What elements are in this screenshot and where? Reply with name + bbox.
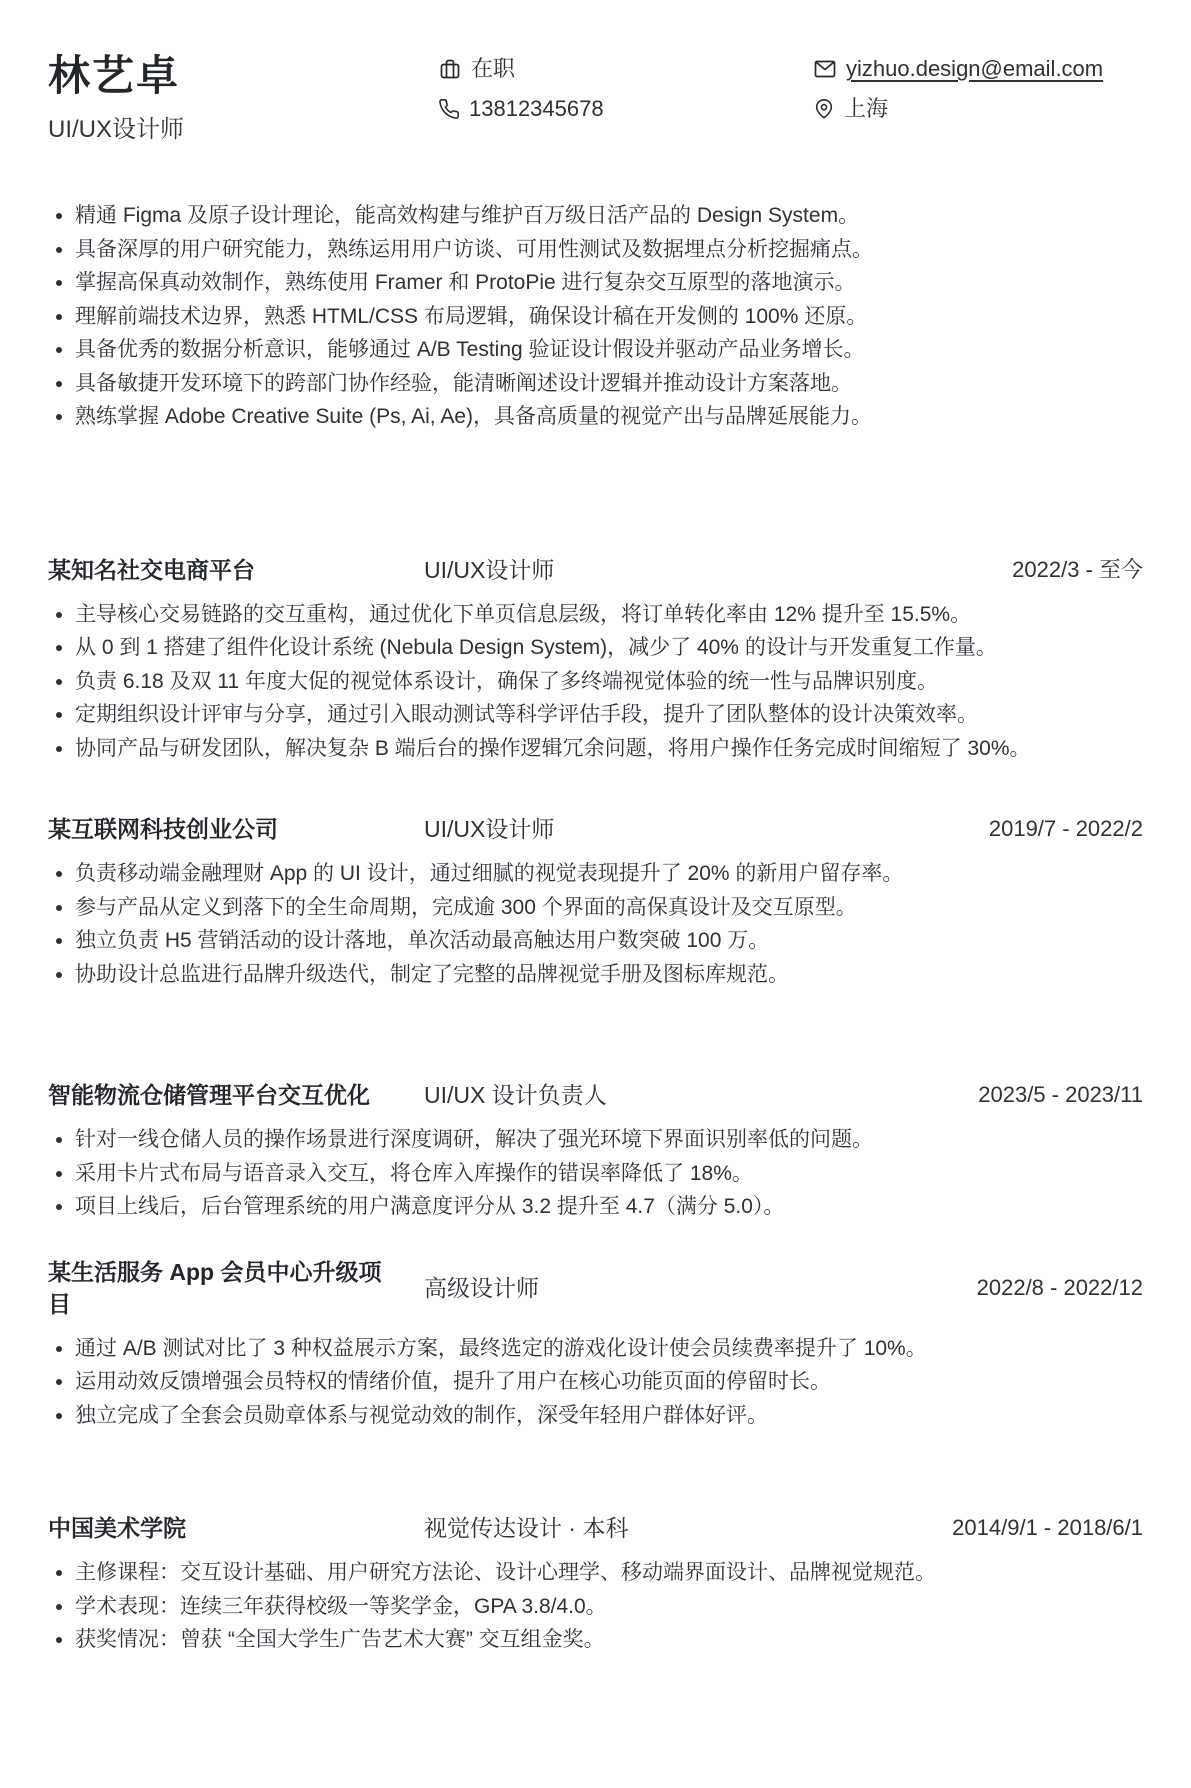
summary-section: 精通 Figma 及原子设计理论，能高效构建与维护百万级日活产品的 Design… [48,199,1143,434]
entry-header: 中国美术学院 视觉传达设计 · 本科 2014/9/1 - 2018/6/1 [48,1512,1143,1544]
project-period: 2023/5 - 2023/11 [978,1079,1143,1111]
map-pin-icon [813,98,835,120]
experience-bullet: 协助设计总监进行品牌升级迭代，制定了完整的品牌视觉手册及图标库规范。 [48,958,1143,992]
school-name: 中国美术学院 [48,1512,404,1544]
phone-icon [438,98,460,120]
job-role: UI/UX设计师 [424,813,989,845]
project-name: 智能物流仓储管理平台交互优化 [48,1079,404,1111]
experience-bullets: 主导核心交易链路的交互重构，通过优化下单页信息层级，将订单转化率由 12% 提升… [48,598,1143,766]
education-entry: 中国美术学院 视觉传达设计 · 本科 2014/9/1 - 2018/6/1 主… [48,1512,1143,1657]
employment-status: 在职 [438,56,813,82]
briefcase-icon [438,57,462,81]
contact-column-left: 在职 13812345678 [438,52,813,122]
education-period: 2014/9/1 - 2018/6/1 [952,1512,1143,1544]
project-bullet: 通过 A/B 测试对比了 3 种权益展示方案，最终选定的游戏化设计使会员续费率提… [48,1332,1143,1366]
experience-bullets: 负责移动端金融理财 App 的 UI 设计，通过细腻的视觉表现提升了 20% 的… [48,857,1143,991]
degree-label: 视觉传达设计 · 本科 [424,1512,952,1544]
project-bullet: 针对一线仓储人员的操作场景进行深度调研，解决了强光环境下界面识别率低的问题。 [48,1123,1143,1157]
summary-list: 精通 Figma 及原子设计理论，能高效构建与维护百万级日活产品的 Design… [48,199,1143,434]
location-label: 上海 [844,96,888,122]
identity-block: 林艺卓 UI/UX设计师 [48,52,438,145]
experience-bullet: 主导核心交易链路的交互重构，通过优化下单页信息层级，将订单转化率由 12% 提升… [48,598,1143,632]
job-period: 2022/3 - 至今 [1012,554,1143,586]
company-name: 某互联网科技创业公司 [48,813,404,845]
summary-item: 具备优秀的数据分析意识，能够通过 A/B Testing 验证设计假设并驱动产品… [48,333,1143,367]
experience-section: 某知名社交电商平台 UI/UX设计师 2022/3 - 至今 主导核心交易链路的… [48,554,1143,992]
company-name: 某知名社交电商平台 [48,554,404,586]
project-bullet: 项目上线后，后台管理系统的用户满意度评分从 3.2 提升至 4.7（满分 5.0… [48,1190,1143,1224]
email-link[interactable]: yizhuo.design@email.com [846,56,1103,82]
experience-bullet: 协同产品与研发团队，解决复杂 B 端后台的操作逻辑冗余问题，将用户操作任务完成时… [48,732,1143,766]
project-period: 2022/8 - 2022/12 [977,1272,1143,1304]
projects-section: 智能物流仓储管理平台交互优化 UI/UX 设计负责人 2023/5 - 2023… [48,1079,1143,1432]
summary-item: 精通 Figma 及原子设计理论，能高效构建与维护百万级日活产品的 Design… [48,199,1143,233]
education-section: 中国美术学院 视觉传达设计 · 本科 2014/9/1 - 2018/6/1 主… [48,1512,1143,1657]
contact-column-right: yizhuo.design@email.com 上海 [813,52,1143,122]
education-bullets: 主修课程：交互设计基础、用户研究方法论、设计心理学、移动端界面设计、品牌视觉规范… [48,1556,1143,1657]
education-bullet: 获奖情况：曾获 “全国大学生广告艺术大赛” 交互组金奖。 [48,1623,1143,1657]
summary-item: 理解前端技术边界，熟悉 HTML/CSS 布局逻辑，确保设计稿在开发侧的 100… [48,300,1143,334]
resume-page: 林艺卓 UI/UX设计师 在职 13812345678 [0,0,1191,1657]
resume-header: 林艺卓 UI/UX设计师 在职 13812345678 [48,52,1143,145]
experience-bullet: 参与产品从定义到落下的全生命周期，完成逾 300 个界面的高保真设计及交互原型。 [48,891,1143,925]
experience-bullet: 定期组织设计评审与分享，通过引入眼动测试等科学评估手段，提升了团队整体的设计决策… [48,698,1143,732]
education-bullet: 主修课程：交互设计基础、用户研究方法论、设计心理学、移动端界面设计、品牌视觉规范… [48,1556,1143,1590]
education-bullet: 学术表现：连续三年获得校级一等奖学金，GPA 3.8/4.0。 [48,1590,1143,1624]
experience-bullet: 负责 6.18 及双 11 年度大促的视觉体系设计，确保了多终端视觉体验的统一性… [48,665,1143,699]
experience-bullet: 从 0 到 1 搭建了组件化设计系统 (Nebula Design System… [48,631,1143,665]
job-period: 2019/7 - 2022/2 [989,813,1143,845]
entry-header: 某生活服务 App 会员中心升级项目 高级设计师 2022/8 - 2022/1… [48,1256,1143,1320]
project-entry: 智能物流仓储管理平台交互优化 UI/UX 设计负责人 2023/5 - 2023… [48,1079,1143,1224]
project-bullets: 针对一线仓储人员的操作场景进行深度调研，解决了强光环境下界面识别率低的问题。 采… [48,1123,1143,1224]
experience-bullet: 负责移动端金融理财 App 的 UI 设计，通过细腻的视觉表现提升了 20% 的… [48,857,1143,891]
job-role: UI/UX设计师 [424,554,1012,586]
project-bullets: 通过 A/B 测试对比了 3 种权益展示方案，最终选定的游戏化设计使会员续费率提… [48,1332,1143,1433]
experience-bullet: 独立负责 H5 营销活动的设计落地，单次活动最高触达用户数突破 100 万。 [48,924,1143,958]
mail-icon [813,57,837,81]
summary-item: 具备敏捷开发环境下的跨部门协作经验，能清晰阐述设计逻辑并推动设计方案落地。 [48,367,1143,401]
entry-header: 某互联网科技创业公司 UI/UX设计师 2019/7 - 2022/2 [48,813,1143,845]
project-bullet: 采用卡片式布局与语音录入交互，将仓库入库操作的错误率降低了 18%。 [48,1157,1143,1191]
project-bullet: 独立完成了全套会员勋章体系与视觉动效的制作，深受年轻用户群体好评。 [48,1399,1143,1433]
project-bullet: 运用动效反馈增强会员特权的情绪价值，提升了用户在核心功能页面的停留时长。 [48,1365,1143,1399]
project-role: UI/UX 设计负责人 [424,1079,978,1111]
experience-entry: 某互联网科技创业公司 UI/UX设计师 2019/7 - 2022/2 负责移动… [48,813,1143,991]
candidate-title: UI/UX设计师 [48,114,438,145]
entry-header: 智能物流仓储管理平台交互优化 UI/UX 设计负责人 2023/5 - 2023… [48,1079,1143,1111]
project-name: 某生活服务 App 会员中心升级项目 [48,1256,404,1320]
project-entry: 某生活服务 App 会员中心升级项目 高级设计师 2022/8 - 2022/1… [48,1256,1143,1433]
project-role: 高级设计师 [424,1272,977,1304]
experience-entry: 某知名社交电商平台 UI/UX设计师 2022/3 - 至今 主导核心交易链路的… [48,554,1143,766]
employment-status-label: 在职 [471,56,515,82]
summary-item: 熟练掌握 Adobe Creative Suite (Ps, Ai, Ae)，具… [48,400,1143,434]
phone-number: 13812345678 [469,96,604,122]
summary-item: 掌握高保真动效制作，熟练使用 Framer 和 ProtoPie 进行复杂交互原… [48,266,1143,300]
candidate-name: 林艺卓 [48,52,438,100]
email-contact: yizhuo.design@email.com [813,56,1143,82]
entry-header: 某知名社交电商平台 UI/UX设计师 2022/3 - 至今 [48,554,1143,586]
summary-item: 具备深厚的用户研究能力，熟练运用用户访谈、可用性测试及数据埋点分析挖掘痛点。 [48,233,1143,267]
location-contact: 上海 [813,96,1143,122]
phone-contact: 13812345678 [438,96,813,122]
